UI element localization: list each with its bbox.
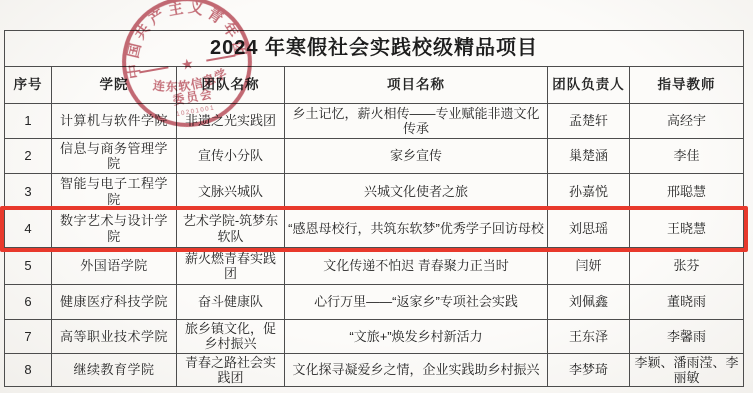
cell-college: 计算机与软件学院 <box>52 104 177 139</box>
col-header-leader: 团队负责人 <box>548 67 630 104</box>
cell-no: 6 <box>5 285 52 320</box>
cell-project: 文化传递不怕迟 青春聚力正当时 <box>285 248 548 285</box>
table-row: 1 计算机与软件学院 非遗之光实践团 乡土记忆，薪火相传——专业赋能非遗文化传承… <box>5 104 744 139</box>
col-header-college: 学院 <box>52 67 177 104</box>
table-row: 2 信息与商务管理学院 宣传小分队 家乡宣传 巢楚涵 李佳 <box>5 139 744 174</box>
cell-project: “感恩母校行，共筑东软梦”优秀学子回访母校 <box>285 210 548 248</box>
cell-teacher: 董晓雨 <box>630 285 744 320</box>
cell-no: 1 <box>5 104 52 139</box>
cell-college: 外国语学院 <box>52 248 177 285</box>
cell-leader: 李梦琦 <box>548 353 630 387</box>
cell-teacher: 张芬 <box>630 248 744 285</box>
cell-teacher: 李颖、潘雨滢、李丽敏 <box>630 353 744 387</box>
table-row-highlighted: 4 数字艺术与设计学院 艺术学院-筑梦东软队 “感恩母校行，共筑东软梦”优秀学子… <box>5 210 744 248</box>
page-title: 2024 年寒假社会实践校级精品项目 <box>5 31 744 67</box>
col-header-team: 团队名称 <box>177 67 285 104</box>
cell-teacher: 李馨雨 <box>630 320 744 354</box>
cell-team: 宣传小分队 <box>177 139 285 174</box>
cell-leader: 孟楚轩 <box>548 104 630 139</box>
table-header-row: 序号 学院 团队名称 项目名称 团队负责人 指导教师 <box>5 67 744 104</box>
table-row: 6 健康医疗科技学院 奋斗健康队 心行万里——“返家乡”专项社会实践 刘佩鑫 董… <box>5 285 744 320</box>
cell-no: 5 <box>5 248 52 285</box>
col-header-teacher: 指导教师 <box>630 67 744 104</box>
cell-project: 乡土记忆，薪火相传——专业赋能非遗文化传承 <box>285 104 548 139</box>
cell-leader: 刘佩鑫 <box>548 285 630 320</box>
cell-project: 文化探寻凝爱乡之情，企业实践助乡村振兴 <box>285 353 548 387</box>
cell-college: 信息与商务管理学院 <box>52 139 177 174</box>
cell-leader: 刘思瑶 <box>548 210 630 248</box>
cell-college: 智能与电子工程学院 <box>52 174 177 210</box>
cell-teacher: 邢聪慧 <box>630 174 744 210</box>
table-row: 5 外国语学院 薪火燃青春实践团 文化传递不怕迟 青春聚力正当时 闫妍 张芬 <box>5 248 744 285</box>
table-row: 8 继续教育学院 青春之路社会实践团 文化探寻凝爱乡之情，企业实践助乡村振兴 李… <box>5 353 744 387</box>
cell-teacher: 高经宇 <box>630 104 744 139</box>
cell-no: 7 <box>5 320 52 354</box>
cell-leader: 王东泽 <box>548 320 630 354</box>
cell-leader: 闫妍 <box>548 248 630 285</box>
cell-leader: 孙嘉悦 <box>548 174 630 210</box>
cell-no: 4 <box>5 210 52 248</box>
cell-team: 非遗之光实践团 <box>177 104 285 139</box>
cell-project: “文旅+”焕发乡村新活力 <box>285 320 548 354</box>
cell-college: 高等职业技术学院 <box>52 320 177 354</box>
cell-team: 旅乡镇文化，促乡村振兴 <box>177 320 285 354</box>
cell-no: 8 <box>5 353 52 387</box>
title-row: 2024 年寒假社会实践校级精品项目 <box>5 31 744 67</box>
cell-team: 薪火燃青春实践团 <box>177 248 285 285</box>
cell-no: 3 <box>5 174 52 210</box>
table-row: 3 智能与电子工程学院 文脉兴城队 兴城文化使者之旅 孙嘉悦 邢聪慧 <box>5 174 744 210</box>
cell-no: 2 <box>5 139 52 174</box>
cell-project: 家乡宣传 <box>285 139 548 174</box>
col-header-project: 项目名称 <box>285 67 548 104</box>
cell-teacher: 李佳 <box>630 139 744 174</box>
col-header-no: 序号 <box>5 67 52 104</box>
cell-team: 艺术学院-筑梦东软队 <box>177 210 285 248</box>
cell-college: 数字艺术与设计学院 <box>52 210 177 248</box>
cell-project: 兴城文化使者之旅 <box>285 174 548 210</box>
cell-teacher: 王晓慧 <box>630 210 744 248</box>
cell-leader: 巢楚涵 <box>548 139 630 174</box>
document-page: 中国共产主义青年团 ★ 大连东软信息学院 委员会 10201001 2024 年… <box>0 0 753 393</box>
projects-table: 2024 年寒假社会实践校级精品项目 序号 学院 团队名称 项目名称 团队负责人… <box>4 30 744 387</box>
cell-team: 文脉兴城队 <box>177 174 285 210</box>
cell-team: 奋斗健康队 <box>177 285 285 320</box>
cell-college: 健康医疗科技学院 <box>52 285 177 320</box>
table-row: 7 高等职业技术学院 旅乡镇文化，促乡村振兴 “文旅+”焕发乡村新活力 王东泽 … <box>5 320 744 354</box>
cell-college: 继续教育学院 <box>52 353 177 387</box>
cell-project: 心行万里——“返家乡”专项社会实践 <box>285 285 548 320</box>
cell-team: 青春之路社会实践团 <box>177 353 285 387</box>
